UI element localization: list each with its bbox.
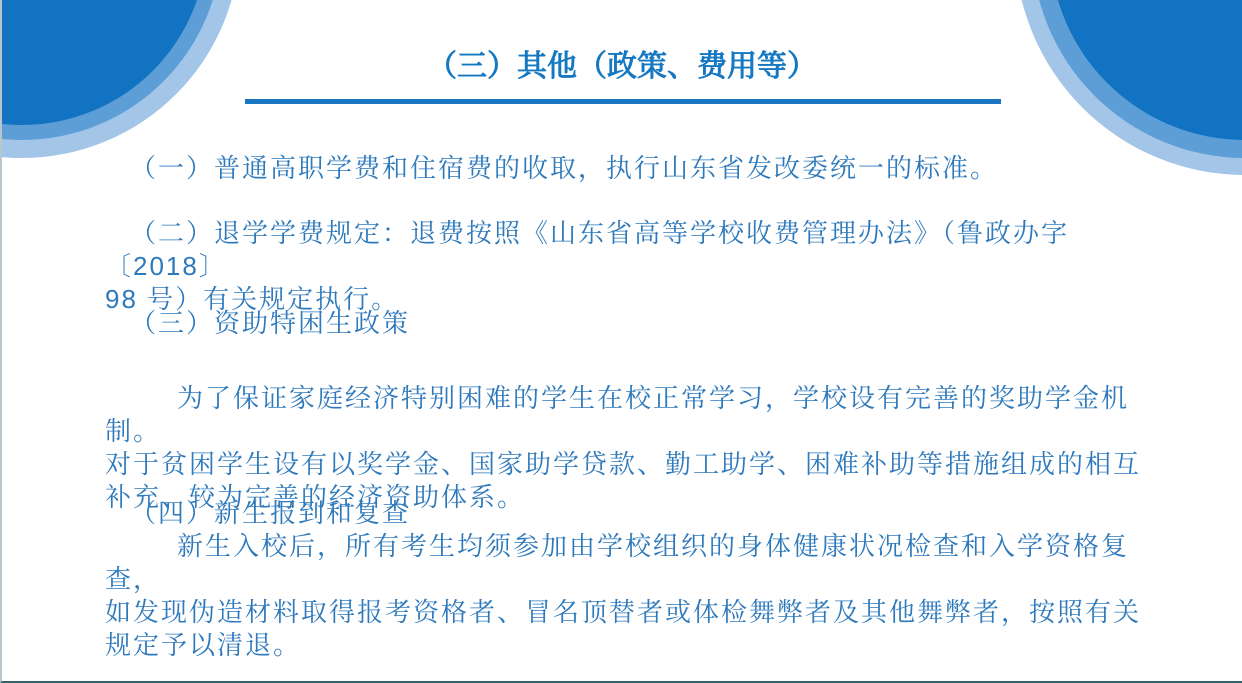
paragraph-enrollment-check-detail: 新生入校后，所有考生均须参加由学校组织的身体健康状况检查和入学资格复查， 如发现… (105, 530, 1150, 662)
section-heading-enrollment-check: （四）新生报到和复查 (105, 497, 1150, 530)
section-heading-financial-aid: （三）资助特困生政策 (105, 307, 1150, 340)
presentation-slide: { "title": { "text": "（三）其他（政策、费用等）" }, … (0, 0, 1242, 683)
paragraph-tuition-standard: （一）普通高职学费和住宿费的收取，执行山东省发改委统一的标准。 (105, 152, 1150, 185)
paragraph-refund-policy: （二）退学学费规定：退费按照《山东省高等学校收费管理办法》（鲁政办字〔2018〕… (105, 217, 1150, 316)
page-title: （三）其他（政策、费用等） (2, 41, 1242, 85)
title-underline (245, 99, 1001, 104)
paragraph-financial-aid-detail: 为了保证家庭经济特别困难的学生在校正常学习，学校设有完善的奖助学金机制。 对于贫… (105, 382, 1150, 514)
